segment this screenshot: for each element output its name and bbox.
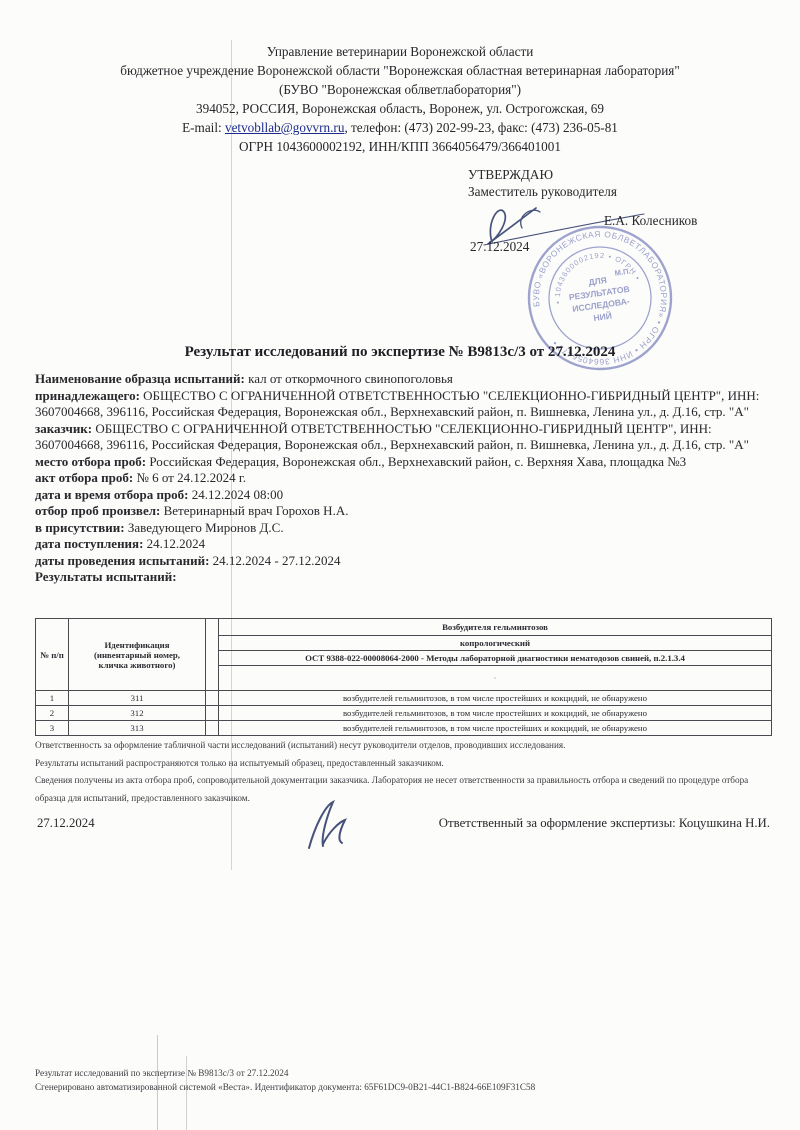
row-id: 313 (69, 721, 206, 736)
results-table: № п/п Идентификация (инвентарный номер, … (35, 618, 772, 736)
signoff-row: 27.12.2024 Ответственный за оформление э… (35, 798, 772, 858)
row-result: возбудителей гельминтозов, в том числе п… (219, 691, 772, 706)
row-num: 3 (36, 721, 69, 736)
document-page: Управление ветеринарии Воронежской облас… (0, 0, 800, 1130)
footnote-responsibility: Ответственность за оформление табличной … (35, 737, 772, 755)
detail-customer: заказчик: ОБЩЕСТВО С ОГРАНИЧЕННОЙ ОТВЕТС… (35, 421, 772, 454)
row-id: 312 (69, 706, 206, 721)
row-result: возбудителей гельминтозов, в том числе п… (219, 721, 772, 736)
row-num: 1 (36, 691, 69, 706)
row-num: 2 (36, 706, 69, 721)
email-link[interactable]: vetvobllab@govvrn.ru (225, 120, 344, 135)
signoff-date: 27.12.2024 (37, 816, 95, 831)
spacer-column (206, 619, 219, 691)
detail-testing-dates: даты проведения испытаний: 24.12.2024 - … (35, 553, 772, 570)
detail-sampled-by: отбор проб произвел: Ветеринарный врач Г… (35, 503, 772, 520)
detail-witness: в присутствии: Заведующего Миронов Д.С. (35, 520, 772, 537)
row-spacer (206, 691, 219, 706)
table-row: 3 313 возбудителей гельминтозов, в том ч… (36, 721, 772, 736)
org-address: 394052, РОССИЯ, Воронежская область, Вор… (0, 99, 800, 118)
stamp-center-line1: ДЛЯ (588, 275, 608, 287)
detail-sample-name: Наименование образца испытаний: кал от о… (35, 371, 772, 388)
stamp-center-line4: НИЙ (593, 310, 613, 323)
org-full-name: бюджетное учреждение Воронежской области… (0, 61, 800, 80)
results-label: Результаты испытаний: (35, 569, 772, 586)
row-spacer (206, 721, 219, 736)
email-label: E-mail: (182, 120, 225, 135)
phone-fax: , телефон: (473) 202-99-23, факс: (473) … (344, 120, 617, 135)
col-header-identification: Идентификация (инвентарный номер, кличка… (69, 619, 206, 691)
footer-generated-by: Сгенерировано автоматизированной системо… (35, 1080, 772, 1094)
method-name-cell: копрологический (219, 636, 772, 651)
row-id: 311 (69, 691, 206, 706)
org-contacts: E-mail: vetvobllab@govvrn.ru, телефон: (… (0, 118, 800, 137)
row-spacer (206, 706, 219, 721)
document-title: Результат исследований по экспертизе № В… (0, 344, 800, 361)
footnote-scope: Результаты испытаний распространяются то… (35, 755, 772, 773)
footer-expertise-ref: Результат исследований по экспертизе № В… (35, 1066, 772, 1080)
detail-sampling-act: акт отбора проб: № 6 от 24.12.2024 г. (35, 470, 772, 487)
row-result: возбудителей гельминтозов, в том числе п… (219, 706, 772, 721)
org-ogrn-inn: ОГРН 1043600002192, ИНН/КПП 3664056479/3… (0, 137, 800, 156)
sample-details: Наименование образца испытаний: кал от о… (35, 371, 772, 586)
clerk-signature (293, 798, 363, 853)
approve-label: УТВЕРЖДАЮ (468, 166, 788, 183)
detail-sampling-datetime: дата и время отбора проб: 24.12.2024 08:… (35, 487, 772, 504)
detail-received-date: дата поступления: 24.12.2024 (35, 536, 772, 553)
detail-sampling-place: место отбора проб: Российская Федерация,… (35, 454, 772, 471)
empty-header-cell: · (219, 666, 772, 691)
signoff-responsible: Ответственный за оформление экспертизы: … (439, 816, 770, 831)
org-short-name: (БУВО "Воронежская облветлаборатория") (0, 80, 800, 99)
document-footer: Результат исследований по экспертизе № В… (35, 1066, 772, 1094)
method-standard-cell: ОСТ 9388-022-00008064-2000 - Методы лабо… (219, 651, 772, 666)
approval-block: УТВЕРЖДАЮ Заместитель руководителя Е.А. … (468, 166, 788, 200)
letterhead: Управление ветеринарии Воронежской облас… (0, 42, 800, 156)
table-row: 2 312 возбудителей гельминтозов, в том ч… (36, 706, 772, 721)
footnotes: Ответственность за оформление табличной … (35, 737, 772, 807)
table-row: 1 311 возбудителей гельминтозов, в том ч… (36, 691, 772, 706)
stamp-mp-label: М.П. (614, 267, 631, 278)
group-header-helminths: Возбудителя гельминтозов (219, 619, 772, 636)
col-header-num: № п/п (36, 619, 69, 691)
org-authority: Управление ветеринарии Воронежской облас… (0, 42, 800, 61)
detail-owner: принадлежащего: ОБЩЕСТВО С ОГРАНИЧЕННОЙ … (35, 388, 772, 421)
